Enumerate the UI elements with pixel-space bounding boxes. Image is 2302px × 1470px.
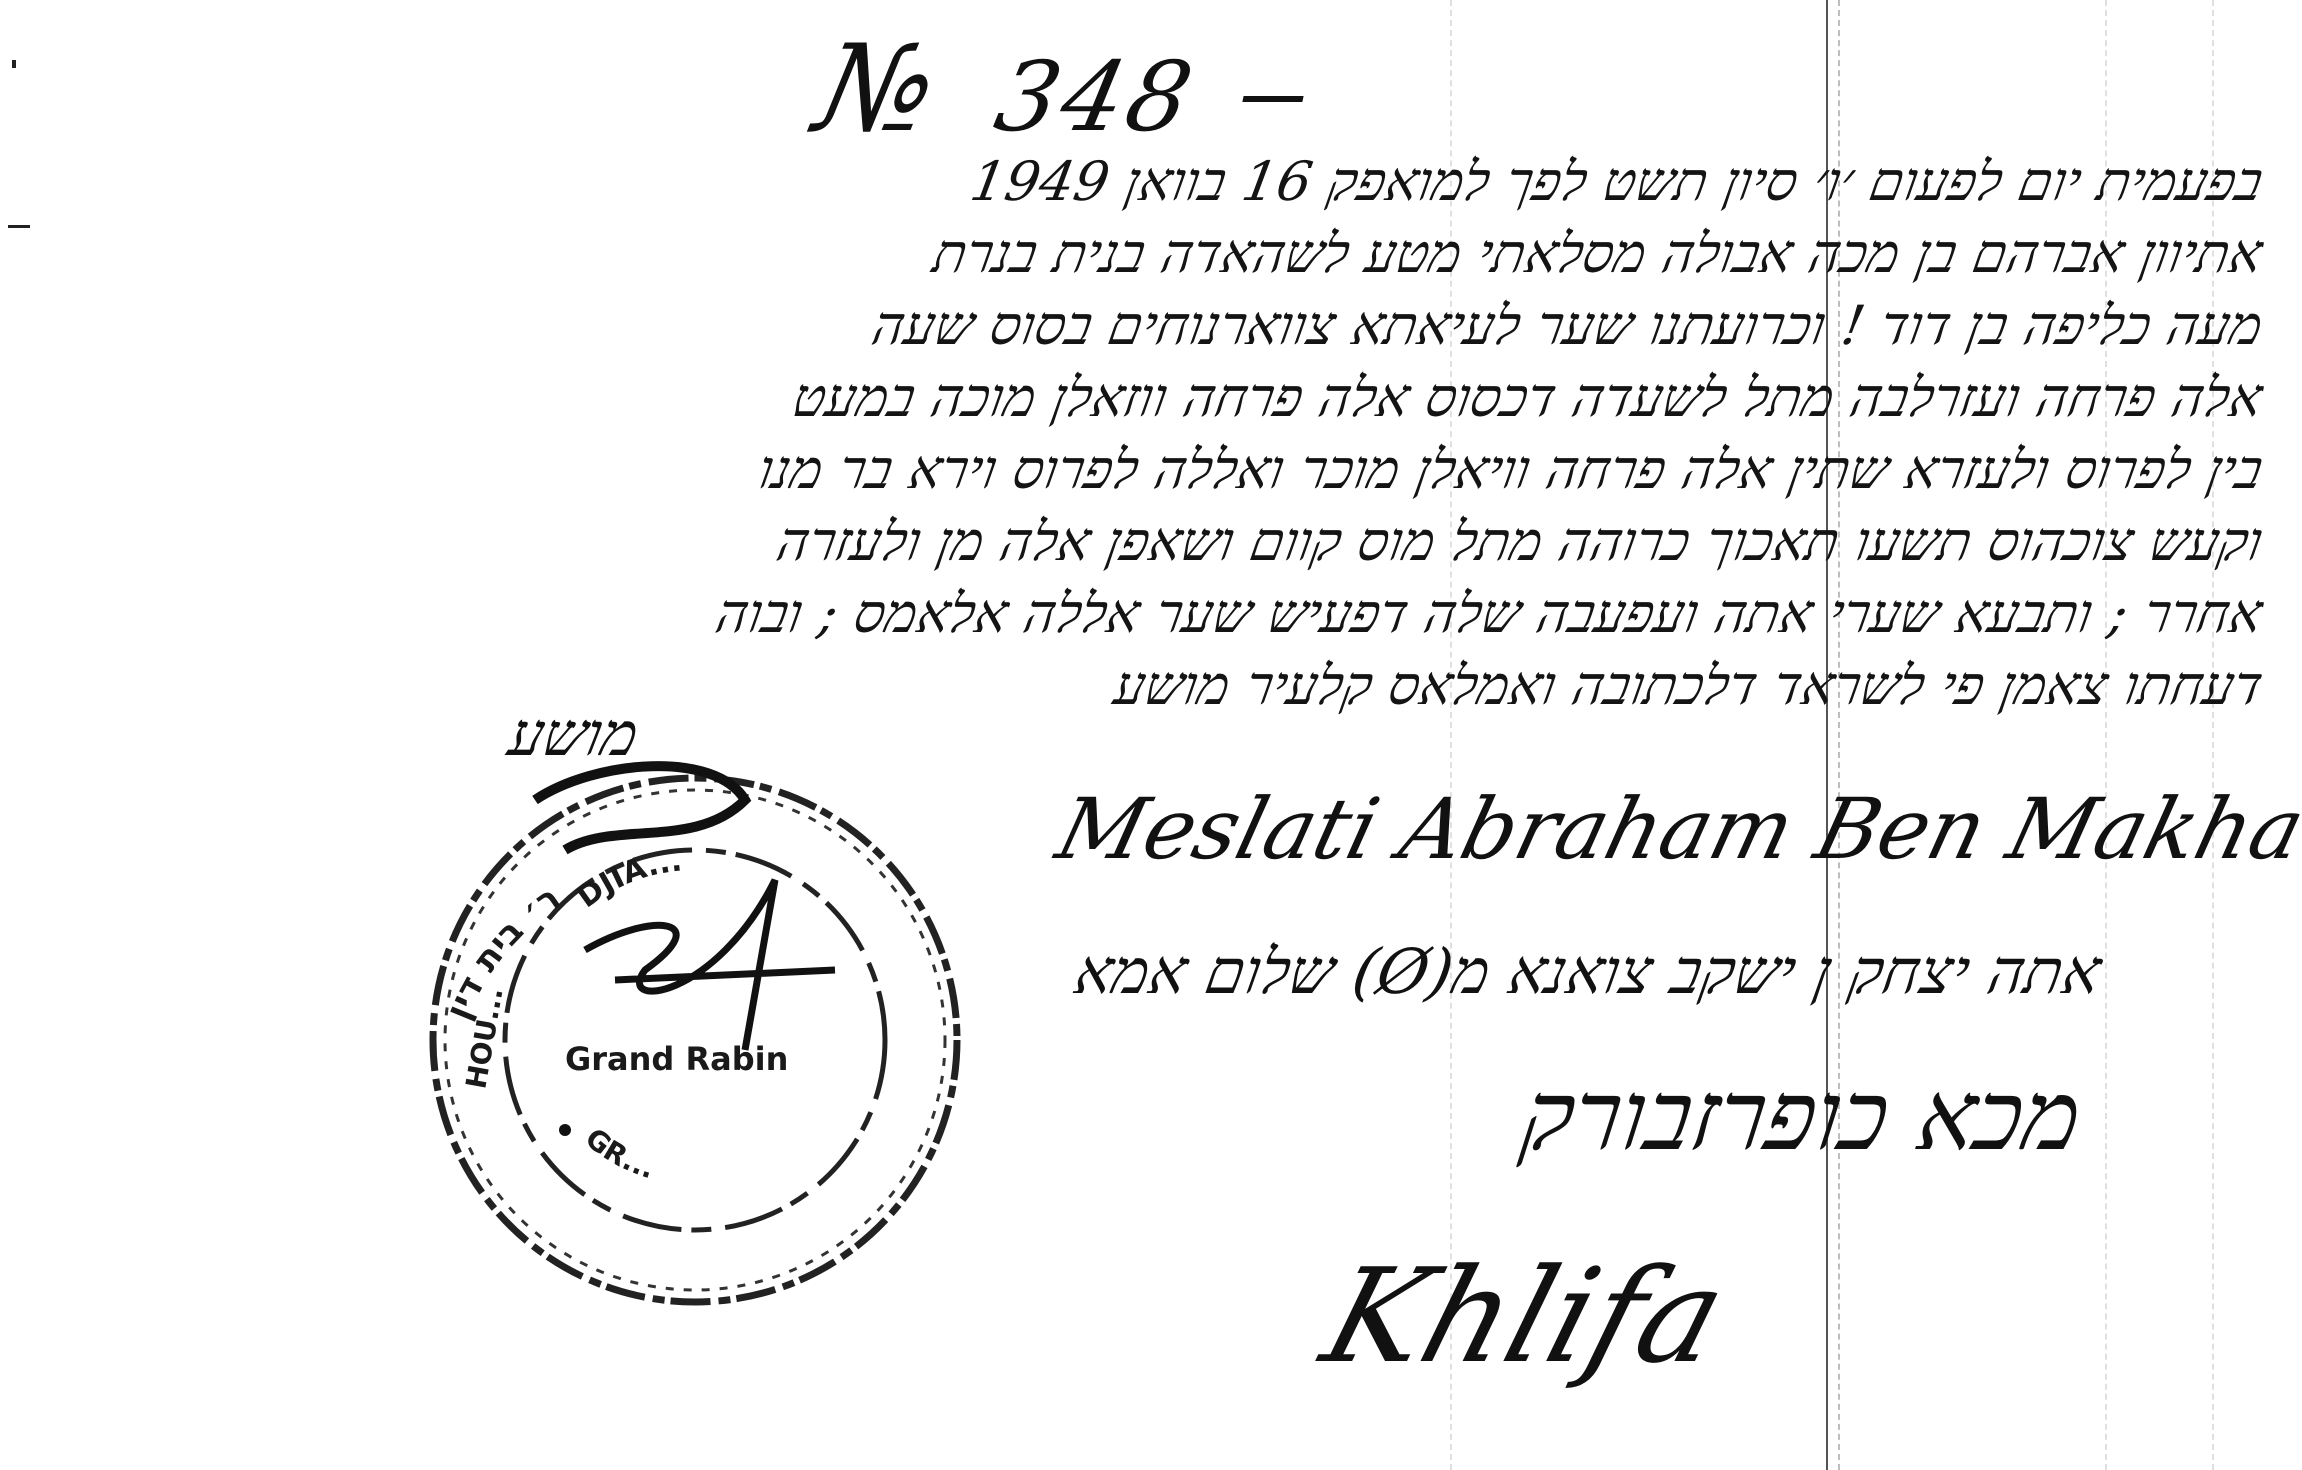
svg-text:DJIA...: DJIA... bbox=[571, 843, 684, 915]
number-value: 348 bbox=[986, 41, 1205, 153]
stamp-top-text: DJIA... bbox=[571, 843, 684, 915]
body-line: וקעש צוכהוס תשעו תאכוך כרוהה מתל מוס קוו… bbox=[34, 510, 2267, 573]
signature-meslati: Meslati Abraham Ben Makha bbox=[1048, 780, 2302, 878]
stamp-bottom-text: GR... bbox=[579, 1121, 658, 1185]
stamp-center-text: Grand Rabin bbox=[565, 1040, 788, 1078]
scan-speck bbox=[12, 60, 16, 68]
fold-line bbox=[2212, 0, 2214, 1470]
underline-mark bbox=[1242, 96, 1303, 102]
document-number: № 348 bbox=[805, 20, 1320, 159]
body-line: אחרר ; ותבעא שערי אתה ועפעבה שלה דפעיש ש… bbox=[34, 582, 2267, 645]
body-line: בפעמית יום לפעום ׳ו׳ סיון תשט לפך למואפק… bbox=[34, 150, 2267, 213]
body-line: אתיוון אברהם בן מכה אבולה מסלאתי מטע לשה… bbox=[34, 222, 2267, 285]
fold-line bbox=[1838, 0, 1840, 1470]
svg-text:GR...: GR... bbox=[579, 1121, 658, 1185]
stamp-seal-icon: DJIA... GR... ר׳ בית דין HOU... Grand Ra… bbox=[415, 760, 975, 1320]
hebrew-signature-line-2: מכא כופרזבורק bbox=[1212, 1060, 2088, 1172]
body-line: דעחתו צאמן פי לשראד דלכתובה ואמלאס קלעיר… bbox=[34, 654, 2267, 717]
margin-mark bbox=[8, 225, 30, 228]
body-line: אלה פרחה ועזרלבה מתל לשעדה דכסוס אלה פרח… bbox=[34, 366, 2267, 429]
number-label: № bbox=[805, 20, 952, 159]
hebrew-signature-line-1: אתה יצחק ן ישקב צואנא מ(Ø) שלום אמא bbox=[983, 935, 2106, 1009]
body-line: בין לפרוס ולעזרא שתין אלה פרחה וויאלן מו… bbox=[34, 438, 2267, 501]
fold-line bbox=[2105, 0, 2107, 1470]
rabbinical-stamp: DJIA... GR... ר׳ בית דין HOU... Grand Ra… bbox=[415, 760, 975, 1320]
signature-khlifa: Khlifa bbox=[1308, 1240, 1741, 1392]
body-line: מעה כליפה בן דוד ! וכרועתנו שער לעיאתא צ… bbox=[34, 294, 2267, 357]
fold-line bbox=[1826, 0, 1828, 1470]
